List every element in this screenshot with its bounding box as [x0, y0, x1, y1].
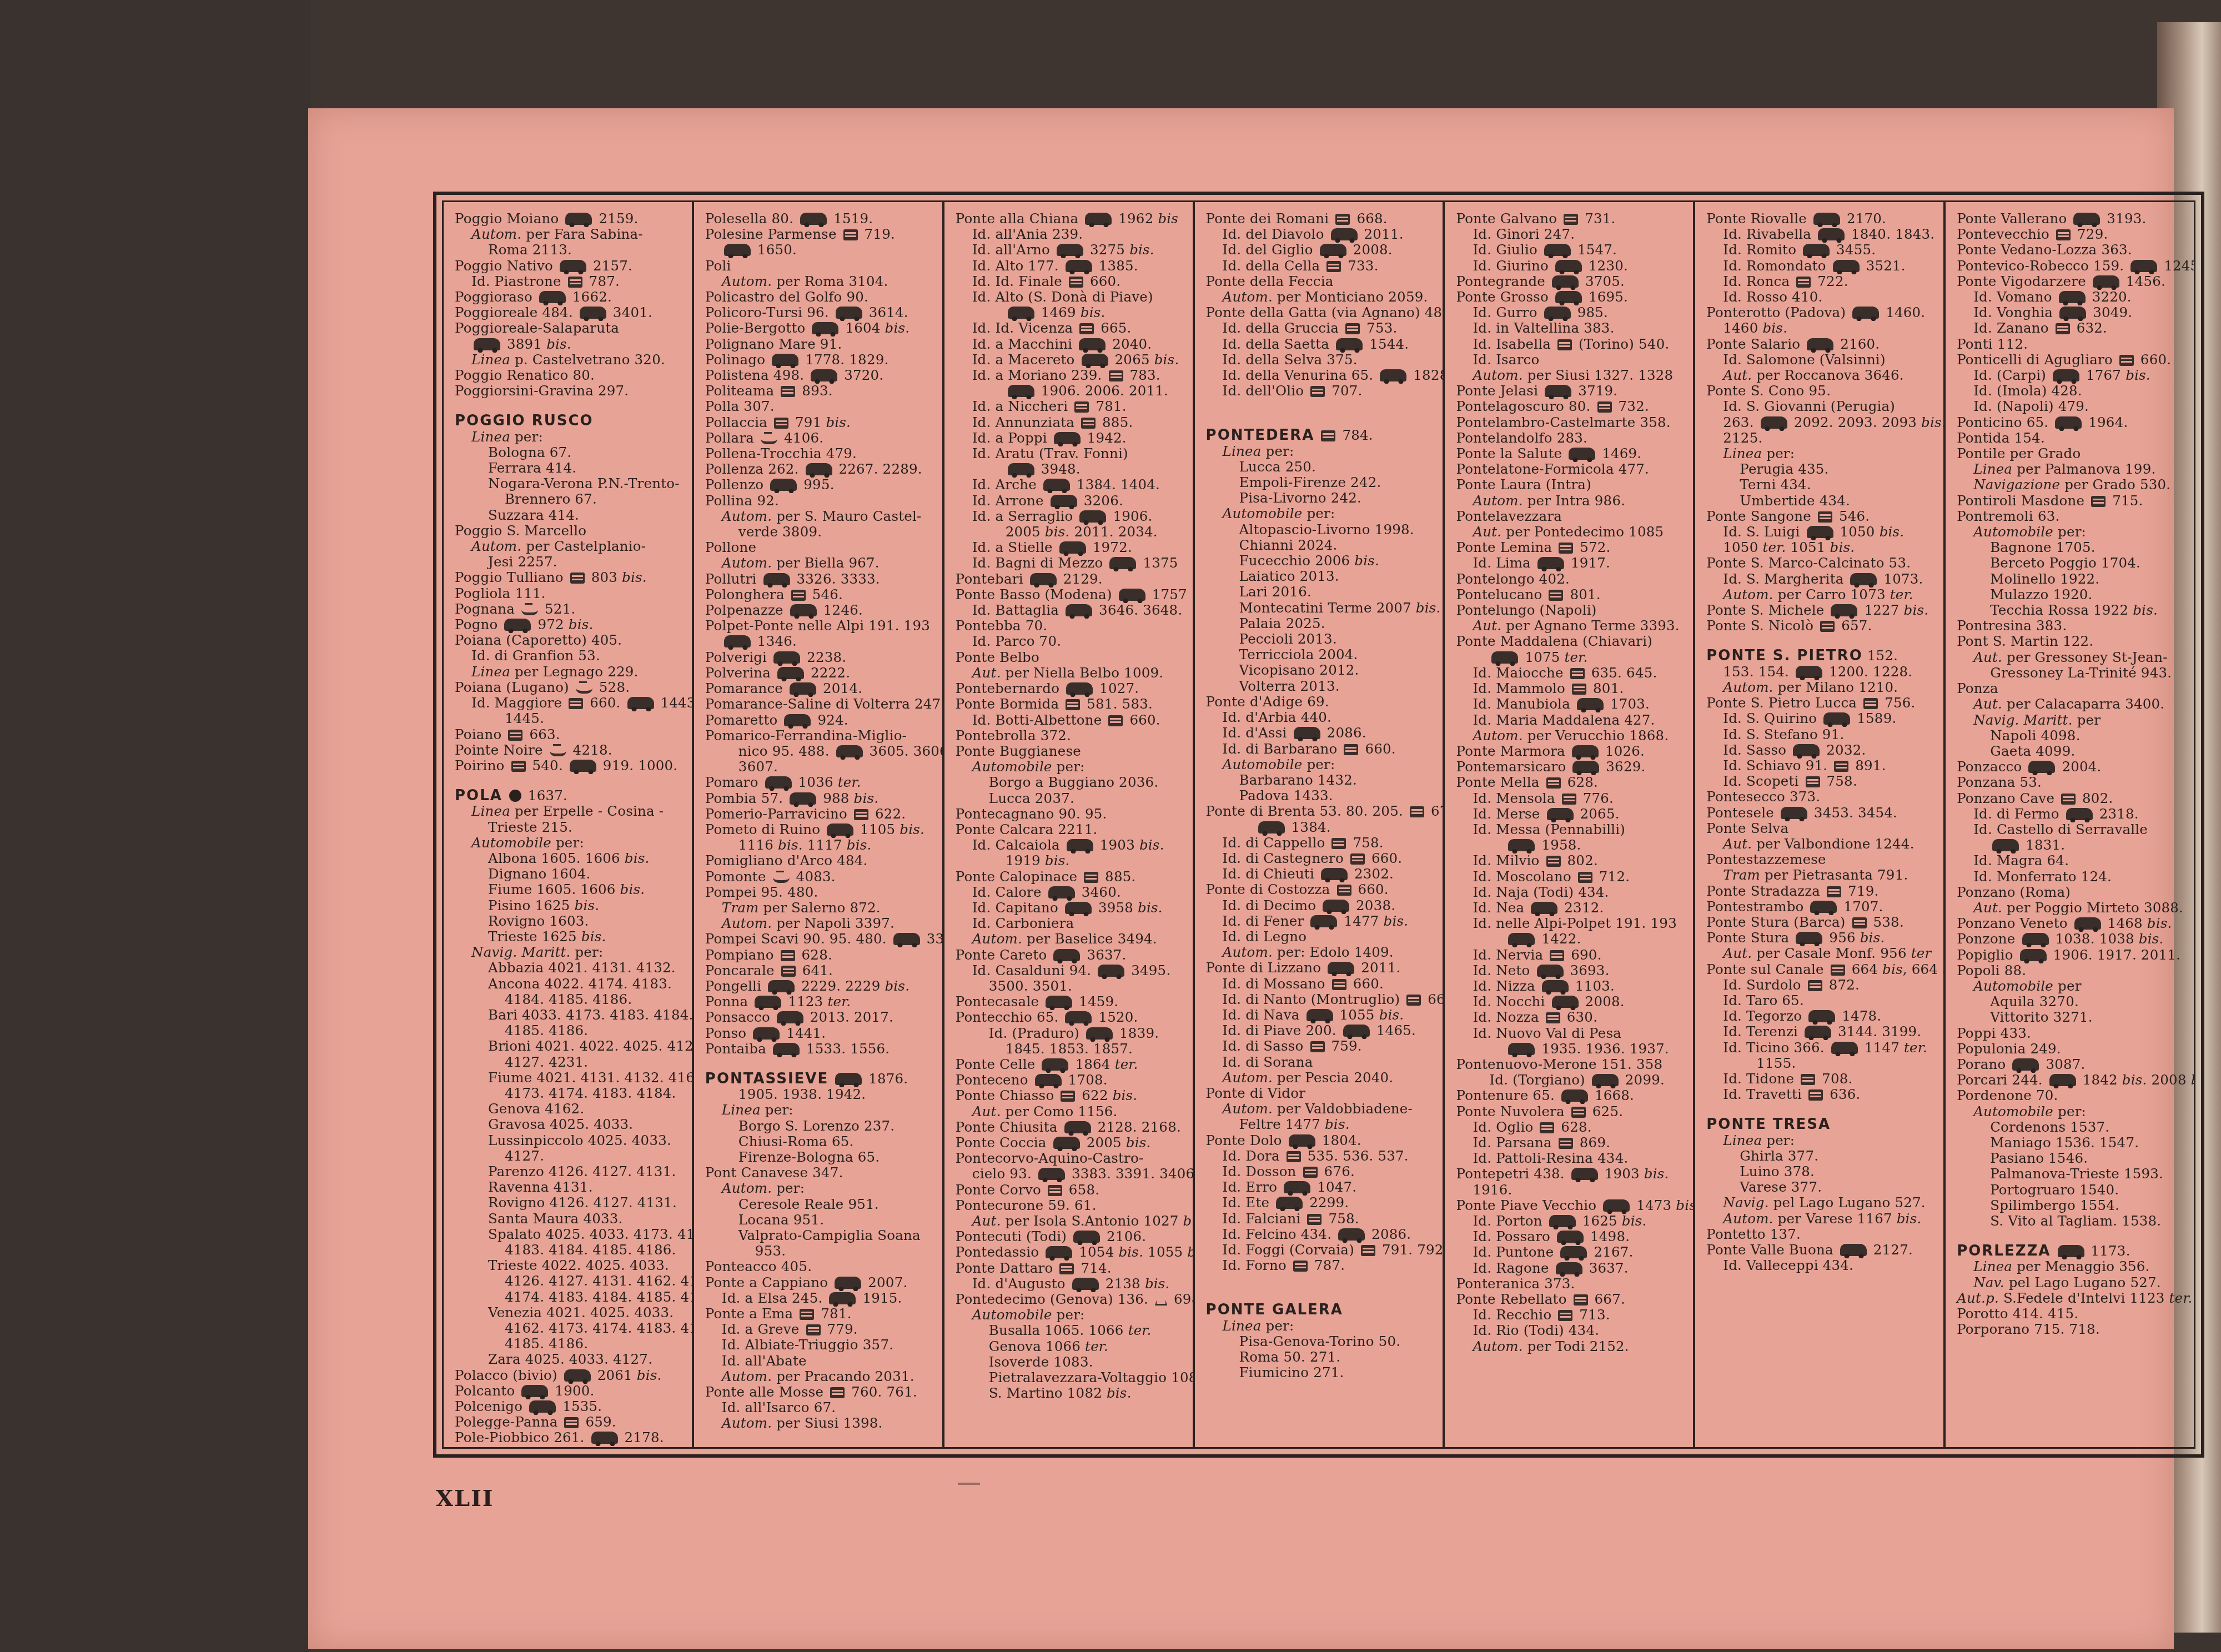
tram-icon — [1818, 511, 1832, 523]
bus-icon — [1592, 1074, 1619, 1086]
tram-icon — [508, 730, 522, 741]
index-entry: Ponte sul Canale 664 bis, 664 ter. — [1706, 962, 1937, 977]
italic-label: Linea — [1223, 1318, 1262, 1334]
index-entry: Pomarance-Saline di Volterra 247. — [705, 696, 936, 712]
index-entry: Ponzano (Roma) — [1957, 885, 2187, 900]
index-entry: Pontelambro-Castelmarte 358. — [1456, 415, 1686, 430]
index-subentry: Ferrara 414. — [455, 460, 685, 476]
index-subentry: Linea per Menaggio 356. — [1957, 1259, 2187, 1274]
index-subentry: Autom. per Todi 2152. — [1456, 1339, 1686, 1354]
index-entry: Ponna 1123 ter. — [705, 994, 936, 1010]
index-subentry: Peccioli 2013. — [1206, 631, 1436, 647]
index-subentry: 1906. 2006. 2011. — [956, 383, 1186, 399]
index-subentry: Pisa-Livorno 242. — [1206, 490, 1436, 506]
index-subentry: 4162. 4173. 4174. 4183. 4184 — [455, 1320, 685, 1336]
bus-icon — [2028, 761, 2055, 773]
index-entry: Ponte Corvo 658. — [956, 1182, 1186, 1198]
italic-label: bis. — [900, 821, 924, 837]
index-subentry: Id. di Castegnero 660. — [1206, 851, 1436, 866]
italic-label: bis. — [1880, 524, 1905, 540]
italic-label: Tram — [1723, 867, 1760, 883]
section-gap — [1706, 634, 1937, 648]
tram-icon — [1597, 401, 1612, 413]
index-subentry: Id. della Cella 733. — [1206, 258, 1436, 274]
bus-icon — [1380, 369, 1406, 381]
index-entry: Ponte Galvano 731. — [1456, 211, 1686, 227]
index-entry: Policastro del Golfo 90. — [705, 289, 936, 305]
index-entry: Poirino 540. 919. 1000. — [455, 758, 685, 774]
bus-icon — [627, 697, 654, 709]
italic-label: bis. — [885, 978, 909, 994]
index-subentry: Id. Moscolano 712. — [1456, 869, 1686, 885]
index-subentry: Navig. Maritt. per: — [455, 945, 685, 960]
index-subentry: 1935. 1936. 1937. — [1456, 1041, 1686, 1057]
bus-icon — [790, 792, 816, 805]
index-entry: Ponte Selva — [1706, 821, 1937, 836]
index-entry: Poli — [705, 258, 936, 274]
index-entry: Poppi 433. — [1957, 1026, 2187, 1041]
bus-icon — [1813, 213, 1840, 225]
index-subentry: Aut. per Valbondione 1244. — [1706, 836, 1937, 852]
section-gap — [705, 1057, 936, 1071]
bus-icon — [1808, 1010, 1835, 1022]
index-columns: Poggio Moiano 2159.Autom. per Fara Sabin… — [444, 202, 2194, 1447]
index-subentry: Id. della Saetta 1544. — [1206, 337, 1436, 352]
index-subentry: Id. della Gruccia 753. — [1206, 320, 1436, 336]
index-entry: Pollena-Trocchia 479. — [705, 446, 936, 461]
index-entry: POLA 1637. — [455, 788, 685, 804]
tram-icon — [1079, 323, 1094, 334]
bus-icon — [1761, 416, 1787, 429]
bus-icon — [2066, 808, 2093, 820]
index-subentry: Id. Puntone 2167. — [1456, 1244, 1686, 1260]
index-entry: Pontevico-Robecco 159. 1245. — [1957, 258, 2187, 274]
index-entry: Pollaccia 791 bis. — [705, 415, 936, 430]
index-entry: Pontelucano 801. — [1456, 587, 1686, 602]
index-subentry: Autom. per Valdobbiadene- — [1206, 1101, 1436, 1117]
photo-background-top — [0, 0, 2221, 117]
index-subentry: Autom. per Milano 1210. — [1706, 680, 1937, 695]
bus-icon — [827, 824, 853, 836]
bus-icon — [2053, 369, 2079, 381]
index-subentry: Id. di Fener 1477 bis. — [1206, 913, 1436, 929]
index-subentry: Bologna 67. — [455, 445, 685, 460]
index-subentry: Fiumicino 271. — [1206, 1365, 1436, 1380]
index-subentry: Id. Messa (Pennabilli) — [1456, 822, 1686, 837]
index-subentry: Id. Ticino 366. 1147 ter. — [1706, 1040, 1937, 1056]
bus-icon — [1119, 589, 1145, 601]
tram-icon — [511, 761, 526, 772]
index-entry: Ponsacco 2013. 2017. — [705, 1010, 936, 1025]
italic-label: bis. — [2122, 1072, 2147, 1088]
italic-label: Autom. — [1723, 586, 1773, 602]
tram-icon — [1831, 965, 1845, 976]
bus-icon — [1051, 495, 1077, 507]
index-entry: Pometo di Ruino 1105 bis. — [705, 822, 936, 837]
index-entry: Ponso 1441. — [705, 1026, 936, 1041]
index-subentry: Aut. per Roccanova 3646. — [1706, 368, 1937, 383]
italic-label: Aut.p. — [1957, 1290, 1999, 1306]
bus-icon — [835, 1277, 861, 1289]
ship-icon — [761, 436, 777, 444]
photo-background-left — [0, 0, 311, 1652]
section-gap — [1957, 1229, 2187, 1243]
index-subentry: Maniago 1536. 1547. — [1957, 1135, 2187, 1151]
bus-icon — [1328, 962, 1354, 974]
bus-icon — [755, 996, 781, 1008]
index-subentry: Id. di Granfion 53. — [455, 648, 685, 664]
italic-label: bis. — [2133, 602, 2158, 618]
index-entry: Pontebari 2129. — [956, 571, 1186, 587]
index-subentry: Firenze-Bologna 65. — [705, 1149, 936, 1165]
index-subentry: Id. (Napoli) 479. — [1957, 399, 2187, 414]
index-entry: Ponte Riovalle 2170. — [1706, 211, 1937, 227]
bus-icon — [1072, 1278, 1099, 1290]
index-entry: PONTEDERA 784. — [1206, 428, 1436, 443]
funicular-icon — [1155, 1293, 1167, 1305]
tram-icon — [791, 590, 806, 601]
italic-label: bis. — [569, 616, 594, 632]
italic-label: ter. — [1762, 539, 1786, 555]
bus-icon — [1054, 432, 1081, 444]
italic-label: Autom. — [471, 226, 521, 242]
italic-label: Autom. — [1223, 1101, 1273, 1117]
italic-label: Linea — [471, 352, 510, 368]
index-subentry: 1384. — [1206, 820, 1436, 835]
index-subentry: 1075 ter. — [1456, 650, 1686, 665]
italic-label: ter. — [1115, 1056, 1138, 1072]
bus-icon — [772, 354, 798, 366]
tram-icon — [1808, 980, 1822, 991]
bus-icon — [1048, 886, 1075, 898]
index-column-1: Poggio Moiano 2159.Autom. per Fara Sabin… — [444, 202, 694, 1447]
index-subentry: Id. Giurino 1230. — [1456, 258, 1686, 274]
index-subentry: Autom. per Baselice 3494. — [956, 931, 1186, 947]
tram-icon — [2061, 794, 2076, 805]
bus-icon — [1547, 808, 1574, 820]
index-subentry: Id. Rivabella 1840. 1843. — [1706, 227, 1937, 242]
tram-icon — [1048, 1185, 1062, 1196]
bus-icon — [1082, 354, 1108, 366]
tram-icon — [1084, 872, 1098, 883]
index-subentry: Fucecchio 2006 bis. — [1206, 553, 1436, 569]
index-subentry: Altopascio-Livorno 1998. — [1206, 522, 1436, 538]
index-subentry: Id. Aratu (Trav. Fonni) — [956, 446, 1186, 461]
bus-icon — [724, 635, 751, 647]
index-subentry: Id. all'Ania 239. — [956, 227, 1186, 242]
index-subentry: Pasiano 1546. — [1957, 1151, 2187, 1166]
tram-icon — [830, 1387, 845, 1398]
italic-label: bis. — [1045, 852, 1070, 868]
bus-icon — [580, 307, 606, 319]
bus-icon — [1276, 1197, 1303, 1209]
index-subentry: Id. Piastrone 787. — [455, 274, 685, 289]
italic-label: bis. — [2125, 367, 2150, 383]
bus-icon — [1066, 260, 1092, 272]
italic-label: Aut. — [1723, 945, 1752, 961]
bus-icon — [1561, 1089, 1588, 1102]
bus-icon — [800, 213, 827, 225]
index-subentry: Automobile per: — [956, 1307, 1186, 1323]
index-entry: Ponte Bormida 581. 583. — [956, 696, 1186, 712]
bus-icon — [753, 1027, 780, 1040]
index-entry: Pontecuti (Todi) 2106. — [956, 1229, 1186, 1244]
bus-icon — [1073, 1231, 1100, 1243]
index-subentry: 3891 bis. — [455, 337, 685, 352]
bus-icon — [1310, 915, 1337, 927]
index-subentry: Id. di Fermo 2318. — [1957, 806, 2187, 822]
index-subentry: Empoli-Firenze 242. — [1206, 475, 1436, 490]
index-subentry: Id. Ronca 722. — [1706, 274, 1937, 289]
index-subentry: Linea per: — [1206, 1318, 1436, 1334]
bus-icon — [1321, 868, 1348, 880]
tram-icon — [1069, 277, 1083, 288]
index-subentry: Id. del Giglio 2008. — [1206, 242, 1436, 258]
italic-label: bis. — [778, 837, 803, 853]
index-entry: Ponza — [1957, 681, 2187, 696]
index-entry: Pontelongo 402. — [1456, 571, 1686, 587]
index-subentry: Autom. per Castelplanio- — [455, 539, 685, 554]
bus-icon — [1491, 651, 1518, 664]
index-entry: Pontaiba 1533. 1556. — [705, 1041, 936, 1057]
index-entry: Popoli 88. — [1957, 963, 2187, 978]
italic-label: Autom. — [722, 1368, 772, 1384]
index-entry: Polcenigo 1535. — [455, 1399, 685, 1414]
tram-icon — [1326, 261, 1341, 272]
index-subentry: Autom. per Pracando 2031. — [705, 1369, 936, 1384]
index-subentry: Aut. per Isola S.Antonio 1027 bis — [956, 1213, 1186, 1229]
index-subentry: Id. di Decimo 2038. — [1206, 898, 1436, 913]
tram-icon — [843, 229, 858, 240]
index-subentry: Id. Alto (S. Donà di Piave) — [956, 289, 1186, 305]
italic-label: Autom. — [1723, 679, 1773, 695]
bus-icon — [1796, 666, 1822, 678]
tram-icon — [781, 966, 796, 977]
index-entry: Ponte Basso (Modena) 1757 — [956, 587, 1186, 602]
index-subentry: Id. Merse 2065. — [1456, 806, 1686, 822]
station-heading: POLA — [455, 787, 503, 804]
italic-label: Autom. — [722, 555, 772, 571]
index-entry: Poggioraso 1662. — [455, 289, 685, 305]
index-subentry: Id. a Stielle 1972. — [956, 540, 1186, 555]
index-subentry: Id. Castello di Serravalle — [1957, 822, 2187, 837]
index-subentry: Id. all'Arno 3275 bis. — [956, 242, 1186, 258]
index-subentry: 1958. — [1456, 837, 1686, 853]
index-subentry: 1346. — [705, 634, 936, 649]
index-entry: Ponte alle Mosse 760. 761. — [705, 1384, 936, 1400]
index-subentry: Id. Botti-Albettone 660. — [956, 712, 1186, 728]
index-entry: Pontiroli Masdone 715. — [1957, 493, 2187, 509]
index-entry: Polesella 80. 1519. — [705, 211, 936, 227]
index-subentry: Linea per: — [705, 1102, 936, 1118]
index-entry: Ponte S. Cono 95. — [1706, 383, 1937, 399]
bus-icon — [1796, 932, 1822, 944]
index-subentry: Id. Tidone 708. — [1706, 1071, 1937, 1087]
index-entry: Poggio Tulliano 803 bis. — [455, 570, 685, 585]
index-subentry: Perugia 435. — [1706, 461, 1937, 477]
bus-icon — [1320, 244, 1346, 256]
index-entry: Ponte Dattaro 714. — [956, 1261, 1186, 1276]
italic-label: bis. — [622, 569, 647, 585]
index-subentry: 3948. — [956, 461, 1186, 477]
tram-icon — [1546, 1012, 1560, 1023]
index-subentry: Id. Rio (Todi) 434. — [1456, 1323, 1686, 1338]
index-subentry: Genova 4162. — [455, 1101, 685, 1117]
index-entry: Poggio Nativo 2157. — [455, 258, 685, 274]
index-subentry: Palmanova-Trieste 1593. — [1957, 1166, 2187, 1182]
index-subentry: Id. Nocchi 2008. — [1456, 994, 1686, 1010]
index-subentry: Brioni 4021. 4022. 4025. 4126. — [455, 1038, 685, 1054]
index-subentry: 2125. — [1706, 430, 1937, 446]
index-subentry: Linea per Erpelle - Cosina - — [455, 804, 685, 819]
index-subentry: Autom. per Napoli 3397. — [705, 916, 936, 931]
index-subentry: Spilimbergo 1554. — [1957, 1198, 2187, 1213]
index-subentry: Lari 2016. — [1206, 584, 1436, 600]
index-subentry: Id. Parco 70. — [956, 634, 1186, 649]
ship-icon — [773, 875, 790, 883]
italic-label: bis. — [2139, 931, 2164, 947]
section-gap — [455, 399, 685, 413]
index-subentry: Id. in Valtellina 383. — [1456, 320, 1686, 336]
index-subentry: Trieste 1625 bis. — [455, 929, 685, 945]
index-entry: Poggio S. Marcello — [455, 523, 685, 539]
bus-icon — [1086, 1027, 1113, 1040]
bus-icon — [1289, 1134, 1315, 1147]
index-subentry: Varese 377. — [1706, 1179, 1937, 1195]
bus-icon — [1833, 260, 1860, 272]
bus-icon — [1537, 965, 1564, 977]
index-subentry: Trieste 4022. 4025. 4033. — [455, 1258, 685, 1273]
tram-icon — [1310, 386, 1325, 397]
bus-icon — [2020, 949, 2047, 961]
index-entry: Ponte della Feccia — [1206, 274, 1436, 289]
italic-label: bis. — [1676, 1197, 1695, 1213]
italic-label: bis. — [625, 850, 650, 866]
index-entry: Poggiorsini-Gravina 297. — [455, 383, 685, 399]
index-subentry: 1916. — [1456, 1182, 1686, 1198]
italic-label: bis. — [1622, 1213, 1647, 1229]
index-subentry: Id. a Macereto 2065 bis. — [956, 352, 1186, 368]
italic-label: Navig. Maritt. — [1973, 712, 2073, 728]
italic-label: Aut. — [1973, 900, 2002, 916]
index-entry: Pontebernardo 1027. — [956, 681, 1186, 696]
section-gap — [455, 774, 685, 788]
station-heading: POGGIO RUSCO — [455, 413, 594, 429]
bus-icon — [777, 1011, 803, 1023]
index-subentry: Aut. per Pontedecimo 1085 — [1456, 524, 1686, 540]
index-entry: Pontelungo (Napoli) — [1456, 602, 1686, 618]
index-entry: Populonia 249. — [1957, 1041, 2187, 1057]
index-subentry: Ghirla 377. — [1706, 1148, 1937, 1164]
index-subentry: Id. Albiate-Triuggio 357. — [705, 1337, 936, 1353]
italic-label: bis. — [1154, 352, 1179, 368]
index-column-6: Ponte Riovalle 2170.Id. Rivabella 1840. … — [1695, 202, 1946, 1447]
italic-label: Navig. Maritt. — [471, 944, 571, 960]
italic-label: bis. — [1126, 1134, 1151, 1151]
index-subentry: Bagnone 1705. — [1957, 540, 2187, 555]
index-subentry: 1050 ter. 1051 bis. — [1706, 540, 1937, 555]
italic-label: Autom. — [471, 538, 521, 554]
index-subentry: Id. Bagni di Mezzo 1375 — [956, 555, 1186, 571]
italic-label: Aut. — [1723, 836, 1752, 852]
index-entry: Polignano Mare 91. — [705, 337, 936, 352]
italic-label: ter — [1911, 945, 1932, 961]
tram-icon — [1293, 1261, 1308, 1272]
italic-label: Automobile — [1973, 978, 2053, 994]
index-entry: Polistena 498. 3720. — [705, 368, 936, 383]
index-subentry: Luino 378. — [1706, 1164, 1937, 1179]
index-entry: POGGIO RUSCO — [455, 413, 685, 429]
section-gap — [1206, 1273, 1436, 1288]
index-subentry: Umbertide 434. — [1706, 493, 1937, 509]
index-subentry: Berceto Poggio 1704. — [1957, 555, 2187, 571]
index-subentry: Id. Porton 1625 bis. — [1456, 1213, 1686, 1229]
italic-label: bis. — [847, 837, 872, 853]
tram-icon — [1406, 995, 1421, 1006]
tram-icon — [1059, 1263, 1074, 1274]
index-entry: Pontelavezzara — [1456, 509, 1686, 524]
italic-label: bis. — [1644, 1166, 1669, 1182]
italic-label: Linea — [471, 664, 510, 680]
index-subentry: Id. di Legno — [1206, 929, 1436, 945]
index-entry: Pontida 154. — [1957, 430, 2187, 446]
index-subentry: Fiume 4021. 4131. 4132. 4162. — [455, 1070, 685, 1086]
bus-icon — [474, 338, 500, 350]
index-entry: Ponzano Cave 802. — [1957, 791, 2187, 806]
station-heading: PONTE GALERA — [1206, 1302, 1343, 1318]
tram-icon — [1108, 715, 1123, 726]
port-icon — [509, 790, 521, 802]
index-subentry: Rovigno 4126. 4127. 4131. — [455, 1195, 685, 1211]
ship-icon — [521, 607, 538, 615]
index-subentry: Id. Nea 2312. — [1456, 900, 1686, 916]
index-entry: PONTE GALERA — [1206, 1302, 1436, 1318]
bus-icon — [763, 573, 790, 585]
index-subentry: 2005 bis. 2011. 2034. — [956, 524, 1186, 540]
bus-icon — [1258, 821, 1285, 833]
tram-icon — [1331, 838, 1346, 849]
index-column-3: Ponte alla Chiana 1962 bisId. all'Ania 2… — [944, 202, 1195, 1447]
index-subentry: S. Martino 1082 bis. — [956, 1385, 1186, 1401]
index-frame: Poggio Moiano 2159.Autom. per Fara Sabin… — [433, 192, 2204, 1458]
index-subentry: 4126. 4127. 4131. 4162. 4173 — [455, 1273, 685, 1289]
bus-icon — [1555, 260, 1582, 272]
bus-icon — [1079, 510, 1106, 523]
bus-icon — [2074, 917, 2101, 930]
index-subentry: Id. Carboniera — [956, 916, 1186, 931]
index-subentry: Id. a Poppi 1942. — [956, 430, 1186, 446]
italic-label: bis. — [1118, 1244, 1143, 1260]
index-entry: Pollina 92. — [705, 493, 936, 509]
index-entry: Pontedecimo (Genova) 136. 698. — [956, 1292, 1186, 1307]
index-subentry: Id. della Venurina 65. 1828 — [1206, 368, 1436, 383]
index-entry: Ponte di Lizzano 2011. — [1206, 960, 1436, 976]
index-entry: Pontesecco 373. — [1706, 789, 1937, 805]
tram-icon — [1061, 1091, 1075, 1102]
tram-icon — [1562, 794, 1576, 805]
index-subentry: Id. Nozza 630. — [1456, 1010, 1686, 1025]
italic-label: bis. — [885, 320, 910, 336]
index-entry: Ponte Vigodarzere 1456. — [1957, 274, 2187, 289]
index-subentry: Id. Lima 1917. — [1456, 555, 1686, 571]
bus-icon — [811, 369, 837, 381]
italic-label: Linea — [1723, 445, 1762, 461]
index-subentry: Id. Capitano 3958 bis. — [956, 900, 1186, 916]
index-subentry: Id. Id. Finale 660. — [956, 274, 1186, 289]
bus-icon — [2049, 1074, 2076, 1086]
index-subentry: Autom. per: — [705, 1181, 936, 1196]
index-entry: Ponzacco 2004. — [1957, 759, 2187, 775]
